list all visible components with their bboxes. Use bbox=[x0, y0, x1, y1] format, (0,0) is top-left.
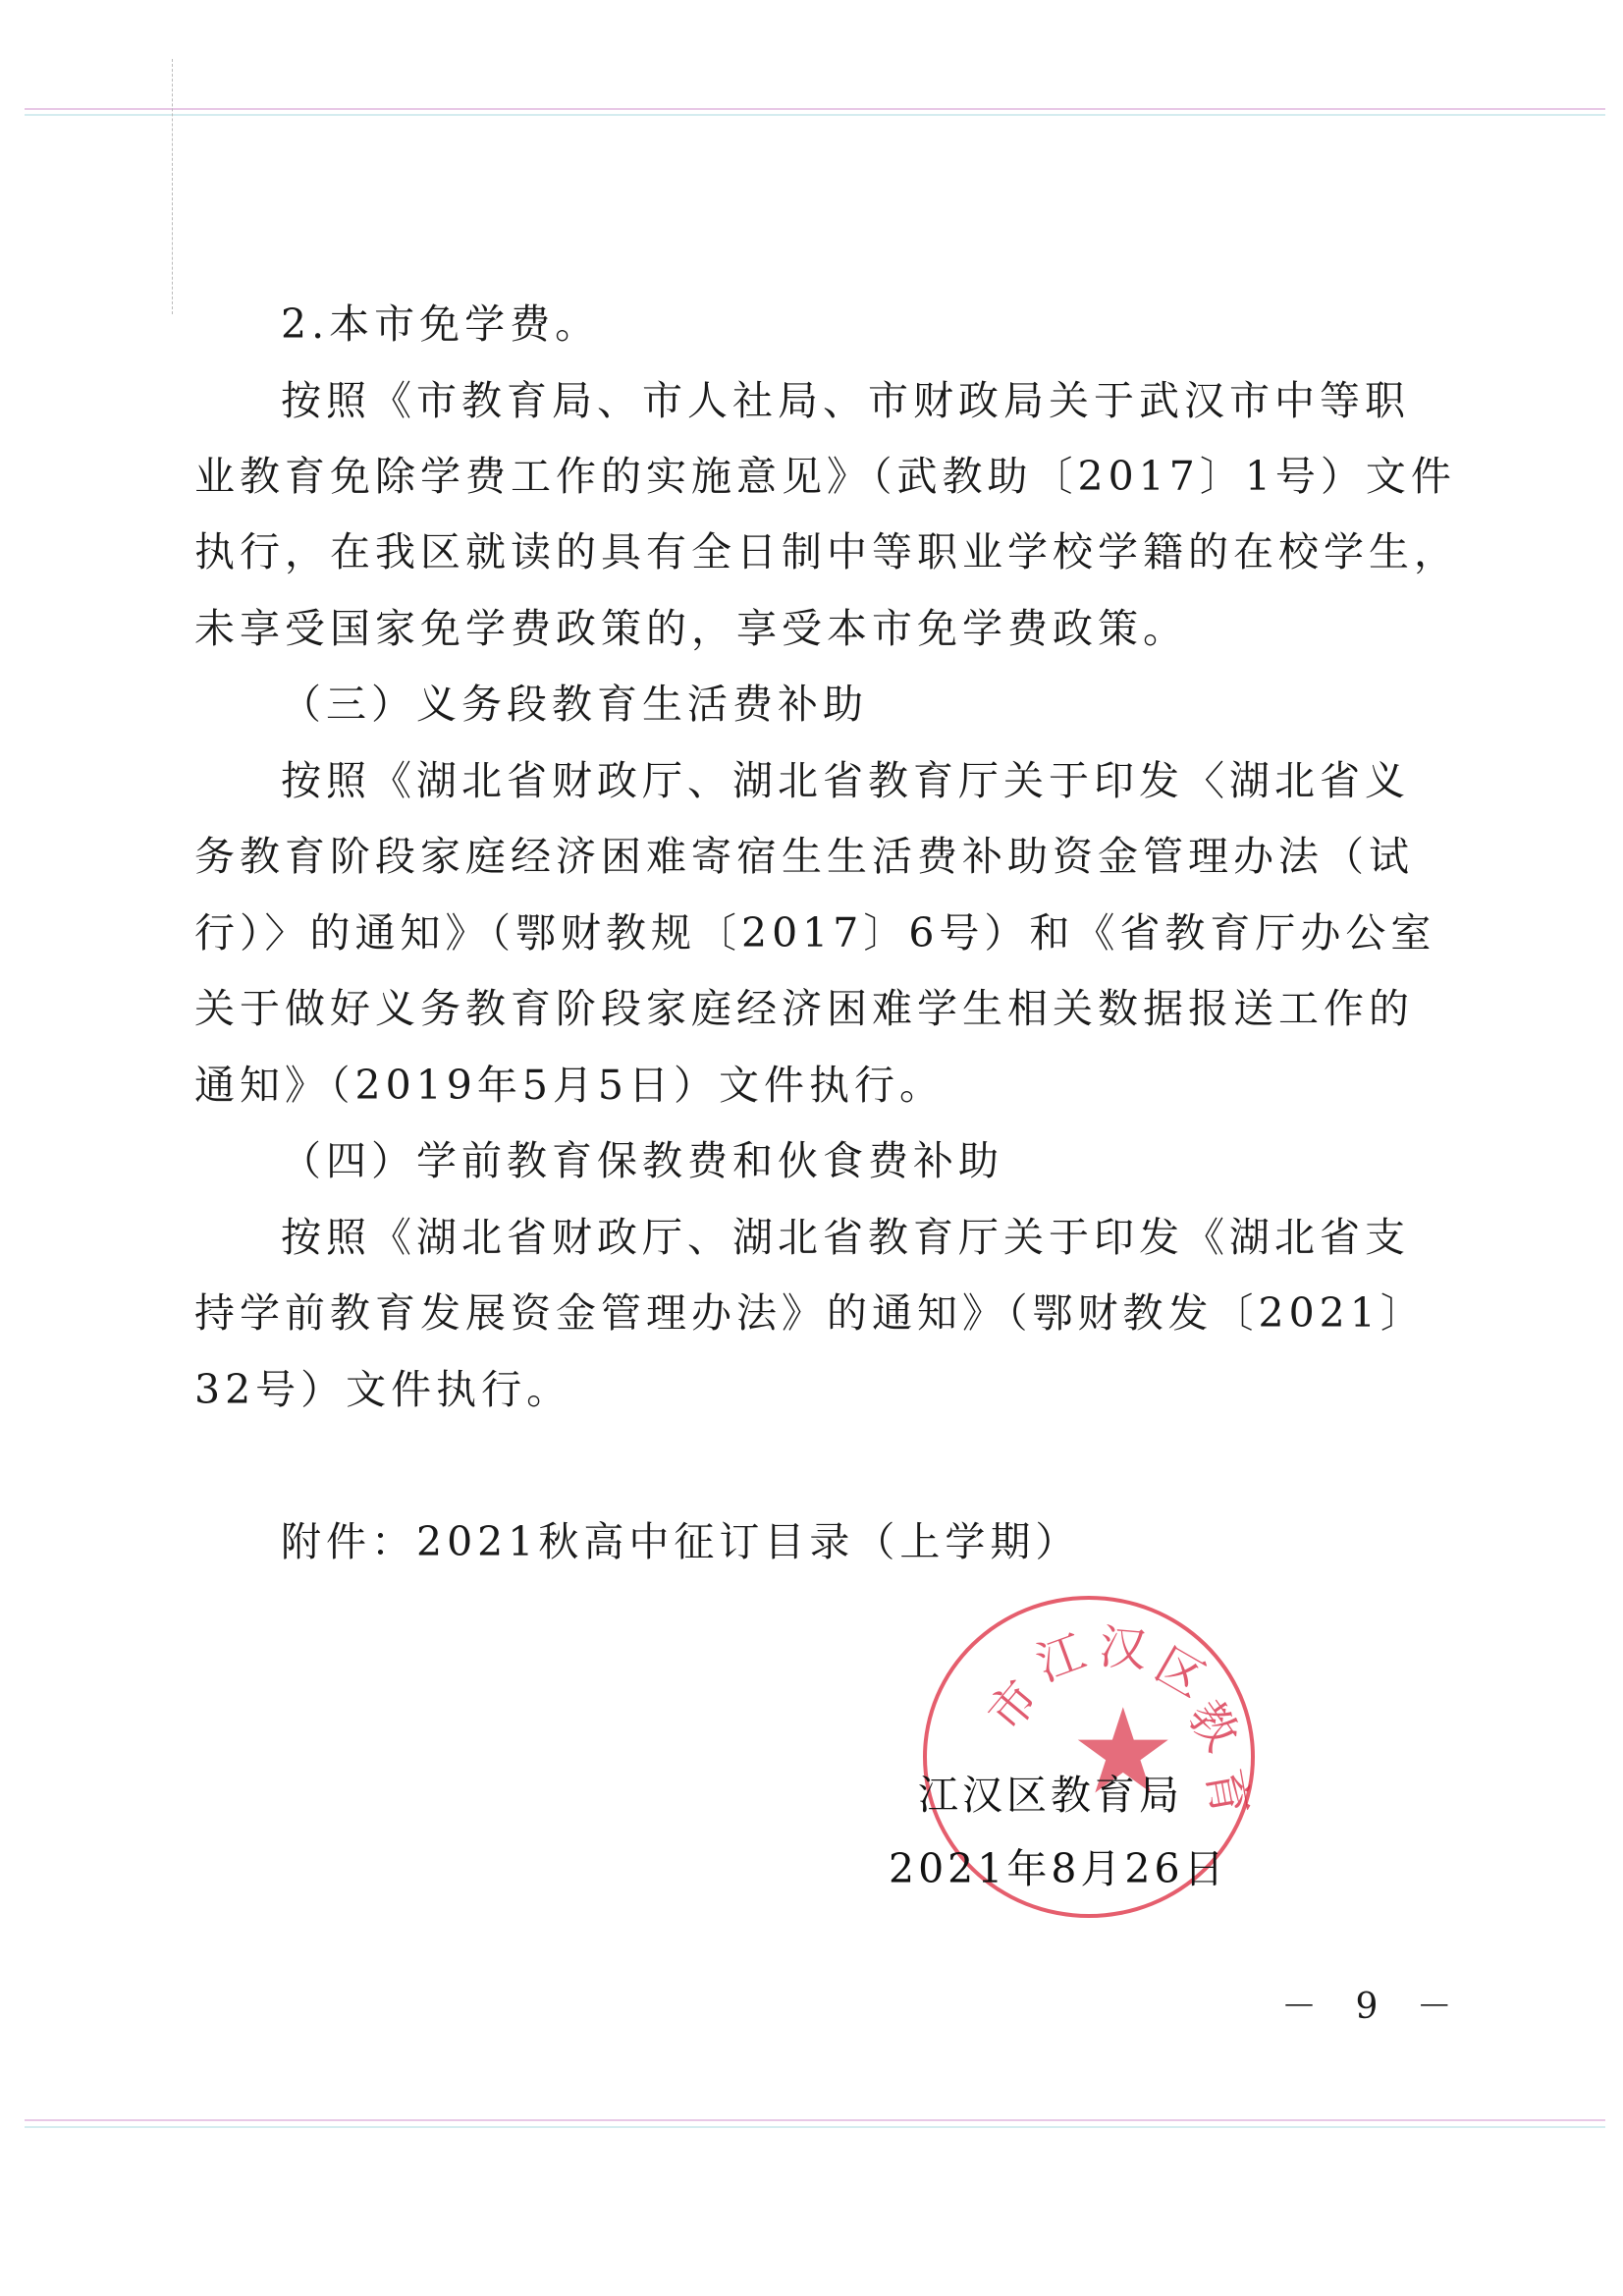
seal-char: 育 bbox=[1194, 1763, 1269, 1821]
section-heading: （三）义务段教育生活费补助 bbox=[281, 680, 868, 729]
text-line: 32号）文件执行。 bbox=[194, 1365, 571, 1414]
text-line: 未享受国家免学费政策的，享受本市免学费政策。 bbox=[194, 604, 1188, 653]
page-number: － 9 － bbox=[1281, 1979, 1466, 2029]
section-heading: （四）学前教育保教费和伙食费补助 bbox=[281, 1136, 1003, 1185]
signature-date: 2021年8月26日 bbox=[889, 1836, 1228, 1894]
binding-margin-mark bbox=[172, 59, 174, 314]
text-line: 关于做好义务教育阶段家庭经济困难学生相关数据报送工作的 bbox=[194, 984, 1414, 1033]
text-line: 按照《湖北省财政厅、湖北省教育厅关于印发《湖北省支 bbox=[281, 1213, 1410, 1262]
footer-rule-pink bbox=[25, 2119, 1605, 2121]
text-line: 持学前教育发展资金管理办法》的通知》（鄂财教发〔2021〕 bbox=[194, 1288, 1426, 1338]
header-rule-pink bbox=[25, 108, 1605, 110]
text-line: 务教育阶段家庭经济困难寄宿生生活费补助资金管理办法（试 bbox=[194, 832, 1414, 881]
header-rule-cyan bbox=[25, 114, 1605, 116]
text-line: 2.本市免学费。 bbox=[281, 300, 600, 349]
text-line: 行）〉的通知》（鄂财教规〔2017〕6号）和《省教育厅办公室 bbox=[194, 908, 1435, 957]
attachment-line: 附件：2021秋高中征订目录（上学期） bbox=[281, 1517, 1080, 1566]
signature-org: 江汉区教育局 bbox=[918, 1763, 1183, 1821]
text-line: 按照《湖北省财政厅、湖北省教育厅关于印发〈湖北省义 bbox=[281, 756, 1410, 805]
text-line: 执行，在我区就读的具有全日制中等职业学校学籍的在校学生， bbox=[194, 527, 1459, 576]
text-line: 按照《市教育局、市人社局、市财政局关于武汉市中等职 bbox=[281, 376, 1410, 425]
text-line: 通知》（2019年5月5日）文件执行。 bbox=[194, 1061, 945, 1110]
text-line: 业教育免除学费工作的实施意见》（武教助〔2017〕1号）文件 bbox=[194, 452, 1456, 501]
footer-rule-cyan bbox=[25, 2126, 1605, 2128]
seal-char: 汉 bbox=[1097, 1609, 1150, 1680]
